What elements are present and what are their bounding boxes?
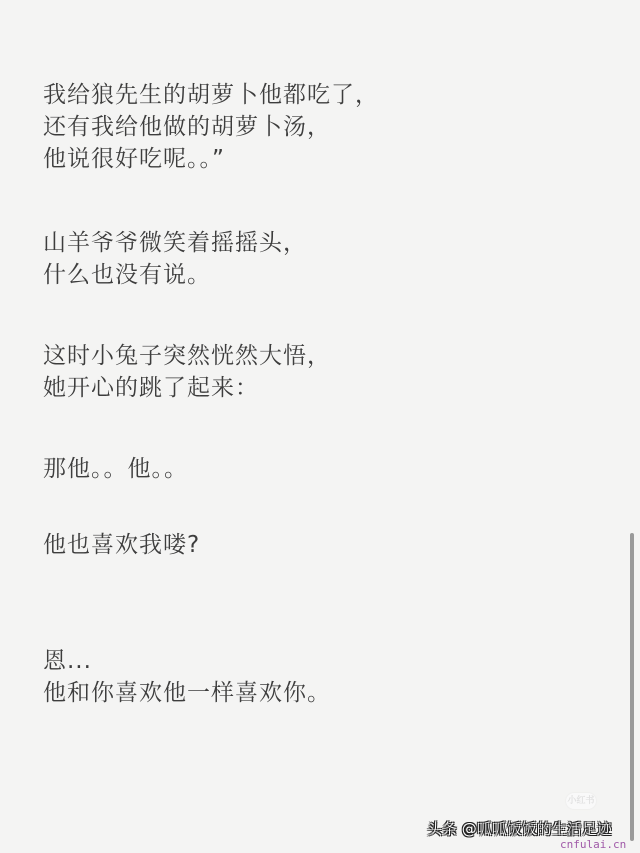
- note-line: 那他。。他。。: [43, 454, 188, 484]
- note-content: 我给狼先生的胡萝卜他都吃了， 还有我给他做的胡萝卜汤， 他说很好吃呢。。” 山羊…: [0, 0, 640, 853]
- note-line: 山羊爷爷微笑着摇摇头，: [43, 228, 307, 258]
- toutiao-watermark: 头条 @呱呱饭饭的生活足迹: [427, 819, 612, 839]
- note-line: 她开心的跳了起来：: [43, 373, 259, 403]
- note-line: 还有我给他做的胡萝卜汤，: [43, 112, 331, 142]
- note-line: 什么也没有说。: [43, 260, 211, 290]
- note-line: 这时小兔子突然恍然大悟，: [43, 341, 331, 371]
- vertical-scrollbar[interactable]: [630, 533, 634, 841]
- note-line: 我给狼先生的胡萝卜他都吃了，: [43, 80, 379, 110]
- note-line: 他也喜欢我喽?: [43, 530, 200, 560]
- xiaohongshu-badge: 小红书: [566, 793, 596, 809]
- note-line: 他和你喜欢他一样喜欢你。: [43, 678, 331, 708]
- note-line: 他说很好吃呢。。”: [43, 144, 225, 174]
- note-line: 恩...: [43, 646, 92, 676]
- site-watermark: cnfulai.cn: [560, 838, 626, 852]
